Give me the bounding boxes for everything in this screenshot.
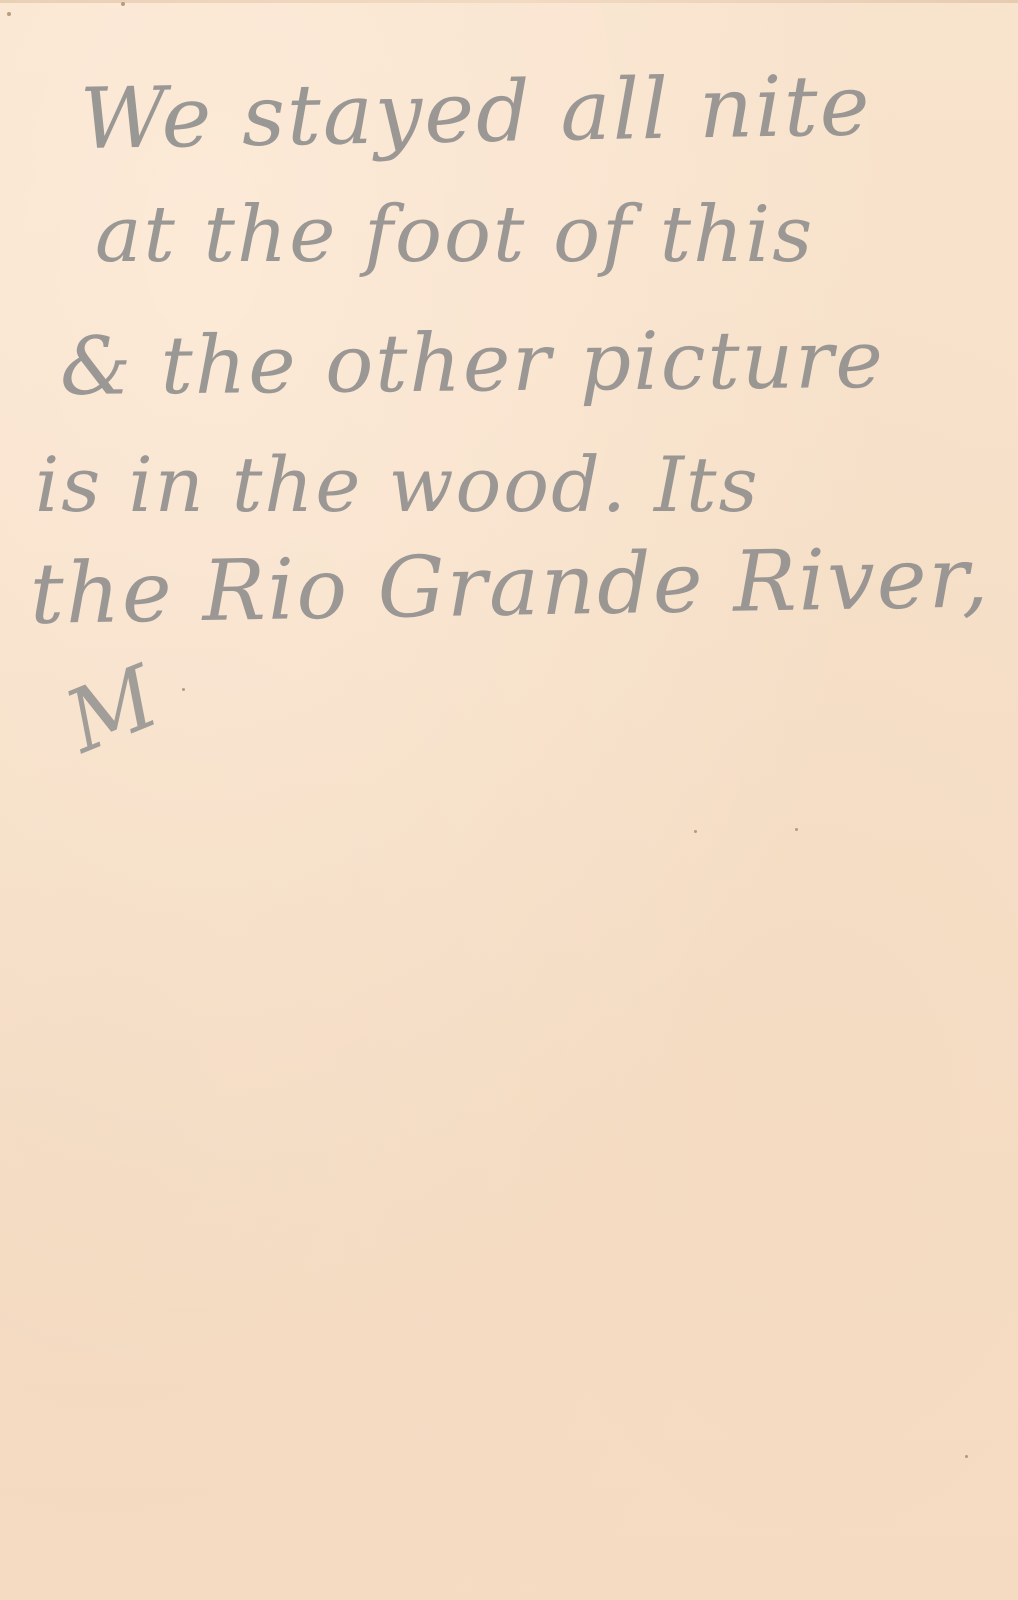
paper-speck	[694, 830, 697, 833]
message-line-2: at the foot of this	[95, 190, 814, 280]
signature-initials: M	[52, 647, 171, 773]
card-edge	[0, 0, 1018, 3]
paper-speck	[795, 828, 798, 831]
message-line-3: & the other picture	[60, 313, 886, 413]
message-line-5: the Rio Grande River,	[29, 528, 991, 643]
paper-speck	[7, 12, 11, 16]
paper-speck	[965, 1455, 968, 1458]
message-line-1: We stayed all nite	[79, 56, 872, 168]
postcard-back: We stayed all nite at the foot of this &…	[0, 0, 1018, 1600]
paper-speck	[121, 2, 125, 6]
message-line-4: is in the wood. Its	[35, 440, 760, 529]
paper-speck	[182, 688, 185, 691]
